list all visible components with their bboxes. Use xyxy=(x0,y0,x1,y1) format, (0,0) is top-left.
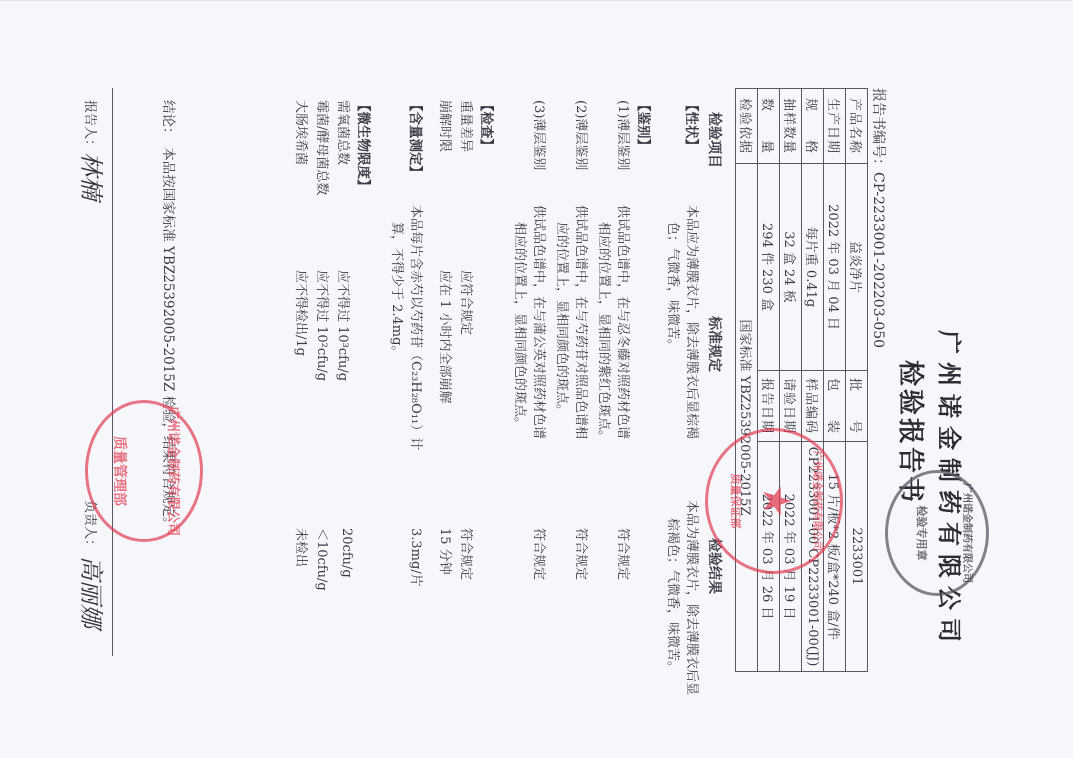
test-standard: 本品每片含赤芍以芍药苷（C₂₃H₂₈O₁₁）计 xyxy=(408,205,427,450)
test-result: 符合规定 xyxy=(531,528,550,580)
signature-divider xyxy=(112,88,113,656)
test-item-name: 崩解时限 xyxy=(437,100,456,152)
info-value: 294 件 230 盒 xyxy=(758,164,780,371)
responsible-signature: 高丽娜 xyxy=(76,556,111,628)
test-standard: 算，不得少于 2.4mg。 xyxy=(389,222,408,358)
section-title: 【含量测定】 xyxy=(407,98,427,179)
test-standard: 本品应为薄膜衣片，除去薄膜衣后显棕褐 xyxy=(684,205,703,439)
section-title: 【检查】 xyxy=(478,98,498,152)
test-result: ＜10cfu/g xyxy=(314,528,333,591)
info-label: 抽样数量 xyxy=(780,89,802,164)
section-title: 【性状】 xyxy=(683,98,703,152)
test-standard: 应不得过 10²cfu/g xyxy=(314,270,333,381)
report-number: 报告书编号：CP-2233001-202203-050 xyxy=(869,88,889,348)
basis-value: 国家标准 YBZ25392005-2015Z xyxy=(736,164,758,672)
test-result: 20cfu/g xyxy=(339,528,354,578)
test-item-name: 大肠埃希菌 xyxy=(293,100,312,165)
test-result: 3.3mg/片 xyxy=(408,528,427,587)
info-value: 益炎净片 xyxy=(846,164,868,371)
info-value: 每片重 0.41g xyxy=(802,164,824,371)
test-standard: 色；气微香，味微苦。 xyxy=(665,222,684,352)
info-value: 32 盒 24 板 xyxy=(780,164,802,371)
info-row: 抽样数量32 盒 24 板请验日期2022 年 03 月 19 日 xyxy=(780,89,802,672)
test-result: 本品为薄膜衣片，除去薄膜衣后显 xyxy=(684,500,703,695)
info-label: 规 格 xyxy=(802,89,824,164)
reporter-label: 报告人： xyxy=(82,100,101,152)
test-standard: 应符合规定 xyxy=(458,270,477,335)
column-header-standard: 标准规定 xyxy=(705,316,725,372)
test-result: 符合规定 xyxy=(458,528,477,580)
info-row: 数 量294 件 230 盒报告日期2022 年 03 月 26 日 xyxy=(758,89,780,672)
test-item-name: 重量差异 xyxy=(458,100,477,152)
info-row: 生产日期2022 年 03 月 04 日包 装15 片/板*2 板/盒*240 … xyxy=(824,89,846,672)
info-label2: 批 号 xyxy=(846,371,868,442)
test-standard: 供试品色谱中，在与芍药苷对照品色谱相 xyxy=(573,205,592,439)
info-label: 产品名称 xyxy=(846,89,868,164)
quality-assurance-stamp: 广州诺金制药有限公司 ★ 质量保证部 xyxy=(705,428,843,574)
test-result: 未检出 xyxy=(293,528,312,567)
quality-management-stamp: 广州诺金制药有限公司 质量管理部 xyxy=(85,400,203,542)
test-item-name: 需氧菌总数 xyxy=(335,100,354,165)
reporter-signature: 林楠 xyxy=(76,152,111,200)
test-item-name: (2)薄层鉴别 xyxy=(573,100,592,170)
test-item-name: (3)薄层鉴别 xyxy=(531,100,550,170)
test-result: 符合规定 xyxy=(615,528,634,580)
test-standard: 供试品色谱中，在与蒲公英对照药材色谱 xyxy=(531,205,550,439)
info-label: 数 量 xyxy=(758,89,780,164)
test-standard: 供试品色谱中，在与忍冬藤对照药材色谱 xyxy=(615,205,634,439)
test-standard: 相应的位置上，显相同颜色的斑点。 xyxy=(512,222,531,430)
inspection-report-document: 广州诺金制药有限公司 检验报告书 广州诺金制药有限公司 检验专用章 报告书编号：… xyxy=(0,0,1073,758)
product-info-table: 产品名称益炎净片批 号2233001生产日期2022 年 03 月 04 日包 … xyxy=(735,88,868,672)
scan-artifact xyxy=(0,0,1073,1)
info-value2: 2233001 xyxy=(846,442,868,672)
test-standard: 应在 1 小时内全部崩解 xyxy=(437,270,456,404)
basis-label: 检验依据 xyxy=(736,89,758,164)
test-standard: 应不得检出/1g xyxy=(293,270,312,356)
info-label: 生产日期 xyxy=(824,89,846,164)
column-header-item: 检验项目 xyxy=(705,112,725,168)
section-title: 【微生物限度】 xyxy=(355,98,375,193)
test-item-name: (1)薄层鉴别 xyxy=(615,100,634,170)
test-result: 15 分钟 xyxy=(437,528,456,575)
test-standard: 应的位置上，显相同颜色的斑点。 xyxy=(554,222,573,417)
section-title: 【鉴别】 xyxy=(635,98,655,152)
info-label2: 包 装 xyxy=(824,371,846,442)
info-row: 产品名称益炎净片批 号2233001 xyxy=(846,89,868,672)
info-value: 2022 年 03 月 04 日 xyxy=(824,164,846,371)
basis-row: 检验依据国家标准 YBZ25392005-2015Z xyxy=(736,89,758,672)
test-standard: 应不得过 10³cfu/g xyxy=(335,270,354,381)
test-standard: 相应的位置上，显相同的紫红色斑点。 xyxy=(596,222,615,443)
inspection-stamp: 广州诺金制药有限公司 检验专用章 xyxy=(885,470,989,596)
test-item-name: 霉菌/酵母菌总数 xyxy=(314,100,333,195)
info-row: 规 格每片重 0.41g样品编码CP2233001-00 CP2233001-0… xyxy=(802,89,824,672)
test-result: 棕褐色；气微香，味微苦。 xyxy=(665,518,684,674)
star-icon: ★ xyxy=(756,431,796,571)
test-result: 符合规定 xyxy=(573,528,592,580)
